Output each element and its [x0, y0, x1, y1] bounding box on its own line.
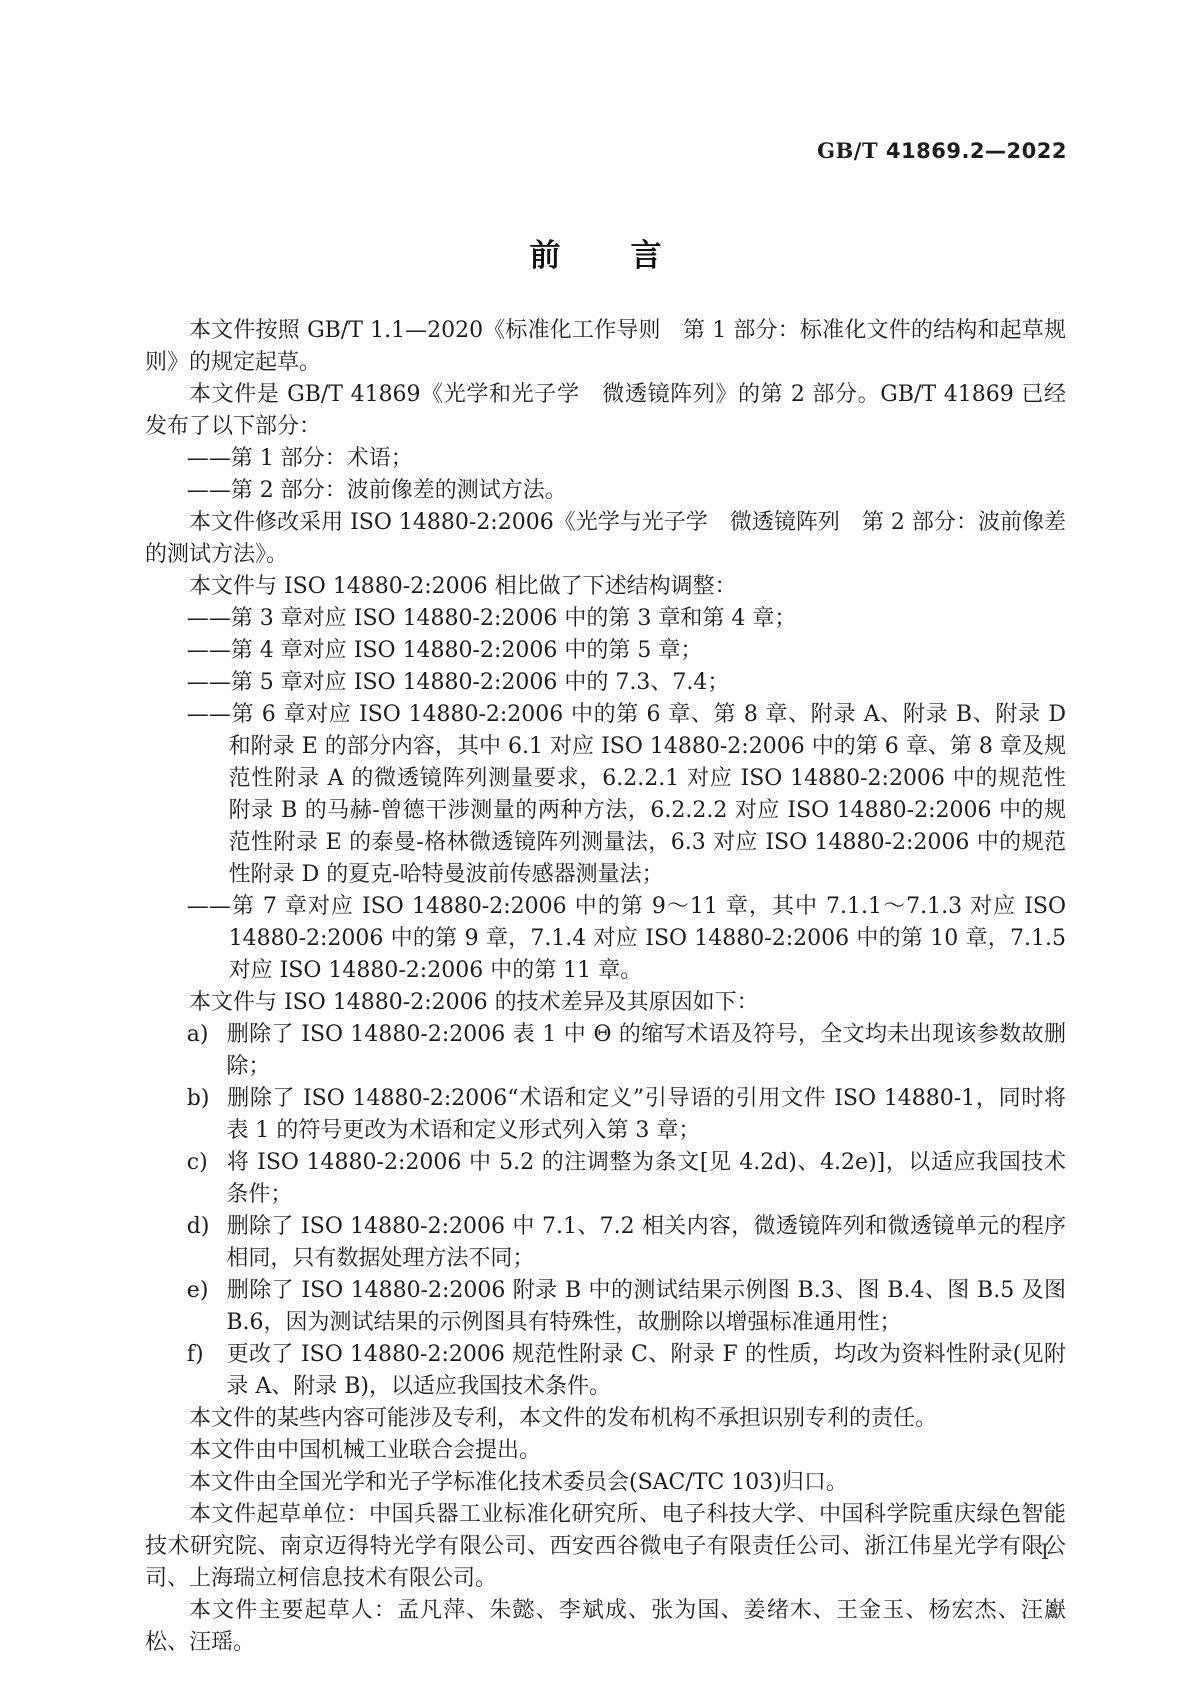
paragraph-text: 第 5 章对应 ISO 14880-2:2006 中的 7.3、7.4；: [231, 670, 730, 695]
foreword-list-item: ——第 1 部分：术语；: [145, 443, 1066, 475]
paragraph-text: 本文件按照 GB/T 1.1—2020《标准化工作导则 第 1 部分：标准化文件…: [145, 318, 1066, 375]
foreword-list-item: e)删除了 ISO 14880-2:2006 附录 B 中的测试结果示例图 B.…: [145, 1275, 1066, 1339]
foreword-paragraph: 本文件起草单位：中国兵器工业标准化研究所、电子科技大学、中国科学院重庆绿色智能技…: [145, 1499, 1066, 1595]
paragraph-text: 第 1 部分：术语；: [231, 446, 413, 471]
paragraph-text: 本文件的某些内容可能涉及专利，本文件的发布机构不承担识别专利的责任。: [189, 1406, 937, 1431]
foreword-list-item: d)删除了 ISO 14880-2:2006 中 7.1、7.2 相关内容，微透…: [145, 1211, 1066, 1275]
list-item-marker: b): [187, 1083, 227, 1115]
foreword-paragraph: 本文件与 ISO 14880-2:2006 的技术差异及其原因如下：: [145, 987, 1066, 1019]
page-number: I: [1041, 1542, 1049, 1563]
foreword-list-item: ——第 6 章对应 ISO 14880-2:2006 中的第 6 章、第 8 章…: [145, 699, 1066, 891]
list-item-marker: ——: [187, 638, 231, 663]
foreword-list-item: ——第 4 章对应 ISO 14880-2:2006 中的第 5 章；: [145, 635, 1066, 667]
paragraph-text: 本文件与 ISO 14880-2:2006 的技术差异及其原因如下：: [189, 990, 759, 1015]
paragraph-text: 删除了 ISO 14880-2:2006“术语和定义”引导语的引用文件 ISO …: [226, 1086, 1066, 1143]
foreword-paragraph: 本文件由中国机械工业联合会提出。: [145, 1435, 1066, 1467]
paragraph-text: 第 6 章对应 ISO 14880-2:2006 中的第 6 章、第 8 章、附…: [229, 702, 1066, 887]
page-title: 前 言: [0, 241, 1191, 272]
page-title-char-left: 前: [530, 241, 561, 272]
standard-number-prefix: GB/T: [817, 138, 878, 163]
foreword-paragraph: 本文件主要起草人：孟凡萍、朱懿、李斌成、张为国、姜绪木、王金玉、杨宏杰、汪巚松、…: [145, 1595, 1066, 1659]
paragraph-text: 第 2 部分：波前像差的测试方法。: [231, 478, 567, 503]
foreword-list-item: ——第 7 章对应 ISO 14880-2:2006 中的第 9～11 章，其中…: [145, 891, 1066, 987]
foreword-paragraph: 本文件由全国光学和光子学标准化技术委员会(SAC/TC 103)归口。: [145, 1467, 1066, 1499]
paragraph-text: 第 3 章对应 ISO 14880-2:2006 中的第 3 章和第 4 章；: [231, 606, 797, 631]
paragraph-text: 将 ISO 14880-2:2006 中 5.2 的注调整为条文[见 4.2d)…: [226, 1150, 1066, 1207]
foreword-list-item: a)删除了 ISO 14880-2:2006 表 1 中 Θ 的缩写术语及符号，…: [145, 1019, 1066, 1083]
foreword-list-item: f)更改了 ISO 14880-2:2006 规范性附录 C、附录 F 的性质，…: [145, 1339, 1066, 1403]
list-item-marker: f): [187, 1339, 227, 1371]
paragraph-text: 本文件主要起草人：孟凡萍、朱懿、李斌成、张为国、姜绪木、王金玉、杨宏杰、汪巚松、…: [145, 1598, 1066, 1655]
document-page: GB/T 41869.2—2022 前 言 本文件按照 GB/T 1.1—202…: [0, 0, 1191, 1684]
list-item-marker: ——: [187, 702, 231, 727]
page-title-char-right: 言: [631, 241, 662, 272]
paragraph-text: 本文件由中国机械工业联合会提出。: [189, 1438, 541, 1463]
paragraph-text: 本文件由全国光学和光子学标准化技术委员会(SAC/TC 103)归口。: [189, 1470, 848, 1495]
foreword-paragraph: 本文件与 ISO 14880-2:2006 相比做了下述结构调整：: [145, 571, 1066, 603]
foreword-list-item: ——第 3 章对应 ISO 14880-2:2006 中的第 3 章和第 4 章…: [145, 603, 1066, 635]
list-item-marker: ——: [187, 894, 231, 919]
list-item-marker: ——: [187, 670, 231, 695]
foreword-paragraph: 本文件是 GB/T 41869《光学和光子学 微透镜阵列》的第 2 部分。GB/…: [145, 379, 1066, 443]
paragraph-text: 删除了 ISO 14880-2:2006 表 1 中 Θ 的缩写术语及符号，全文…: [226, 1022, 1066, 1079]
paragraph-text: 更改了 ISO 14880-2:2006 规范性附录 C、附录 F 的性质，均改…: [226, 1342, 1066, 1399]
paragraph-text: 本文件是 GB/T 41869《光学和光子学 微透镜阵列》的第 2 部分。GB/…: [145, 382, 1066, 439]
list-item-marker: ——: [187, 446, 231, 471]
paragraph-text: 第 7 章对应 ISO 14880-2:2006 中的第 9～11 章，其中 7…: [229, 894, 1066, 983]
paragraph-text: 删除了 ISO 14880-2:2006 附录 B 中的测试结果示例图 B.3、…: [226, 1278, 1066, 1335]
list-item-marker: ——: [187, 606, 231, 631]
foreword-list-item: b)删除了 ISO 14880-2:2006“术语和定义”引导语的引用文件 IS…: [145, 1083, 1066, 1147]
paragraph-text: 本文件与 ISO 14880-2:2006 相比做了下述结构调整：: [189, 574, 737, 599]
paragraph-text: 本文件起草单位：中国兵器工业标准化研究所、电子科技大学、中国科学院重庆绿色智能技…: [145, 1502, 1066, 1591]
list-item-marker: c): [187, 1147, 227, 1179]
paragraph-text: 删除了 ISO 14880-2:2006 中 7.1、7.2 相关内容，微透镜阵…: [226, 1214, 1066, 1271]
foreword-body: 本文件按照 GB/T 1.1—2020《标准化工作导则 第 1 部分：标准化文件…: [145, 315, 1066, 1659]
foreword-list-item: ——第 2 部分：波前像差的测试方法。: [145, 475, 1066, 507]
foreword-list-item: ——第 5 章对应 ISO 14880-2:2006 中的 7.3、7.4；: [145, 667, 1066, 699]
list-item-marker: a): [187, 1019, 227, 1051]
paragraph-text: 本文件修改采用 ISO 14880-2:2006《光学与光子学 微透镜阵列 第 …: [145, 510, 1066, 567]
foreword-list-item: c)将 ISO 14880-2:2006 中 5.2 的注调整为条文[见 4.2…: [145, 1147, 1066, 1211]
paragraph-text: 第 4 章对应 ISO 14880-2:2006 中的第 5 章；: [231, 638, 703, 663]
foreword-paragraph: 本文件修改采用 ISO 14880-2:2006《光学与光子学 微透镜阵列 第 …: [145, 507, 1066, 571]
standard-number: GB/T 41869.2—2022: [817, 140, 1067, 162]
standard-number-digits: 41869.2—2022: [886, 139, 1067, 163]
list-item-marker: d): [187, 1211, 227, 1243]
list-item-marker: e): [187, 1275, 227, 1307]
foreword-paragraph: 本文件按照 GB/T 1.1—2020《标准化工作导则 第 1 部分：标准化文件…: [145, 315, 1066, 379]
list-item-marker: ——: [187, 478, 231, 503]
foreword-paragraph: 本文件的某些内容可能涉及专利，本文件的发布机构不承担识别专利的责任。: [145, 1403, 1066, 1435]
